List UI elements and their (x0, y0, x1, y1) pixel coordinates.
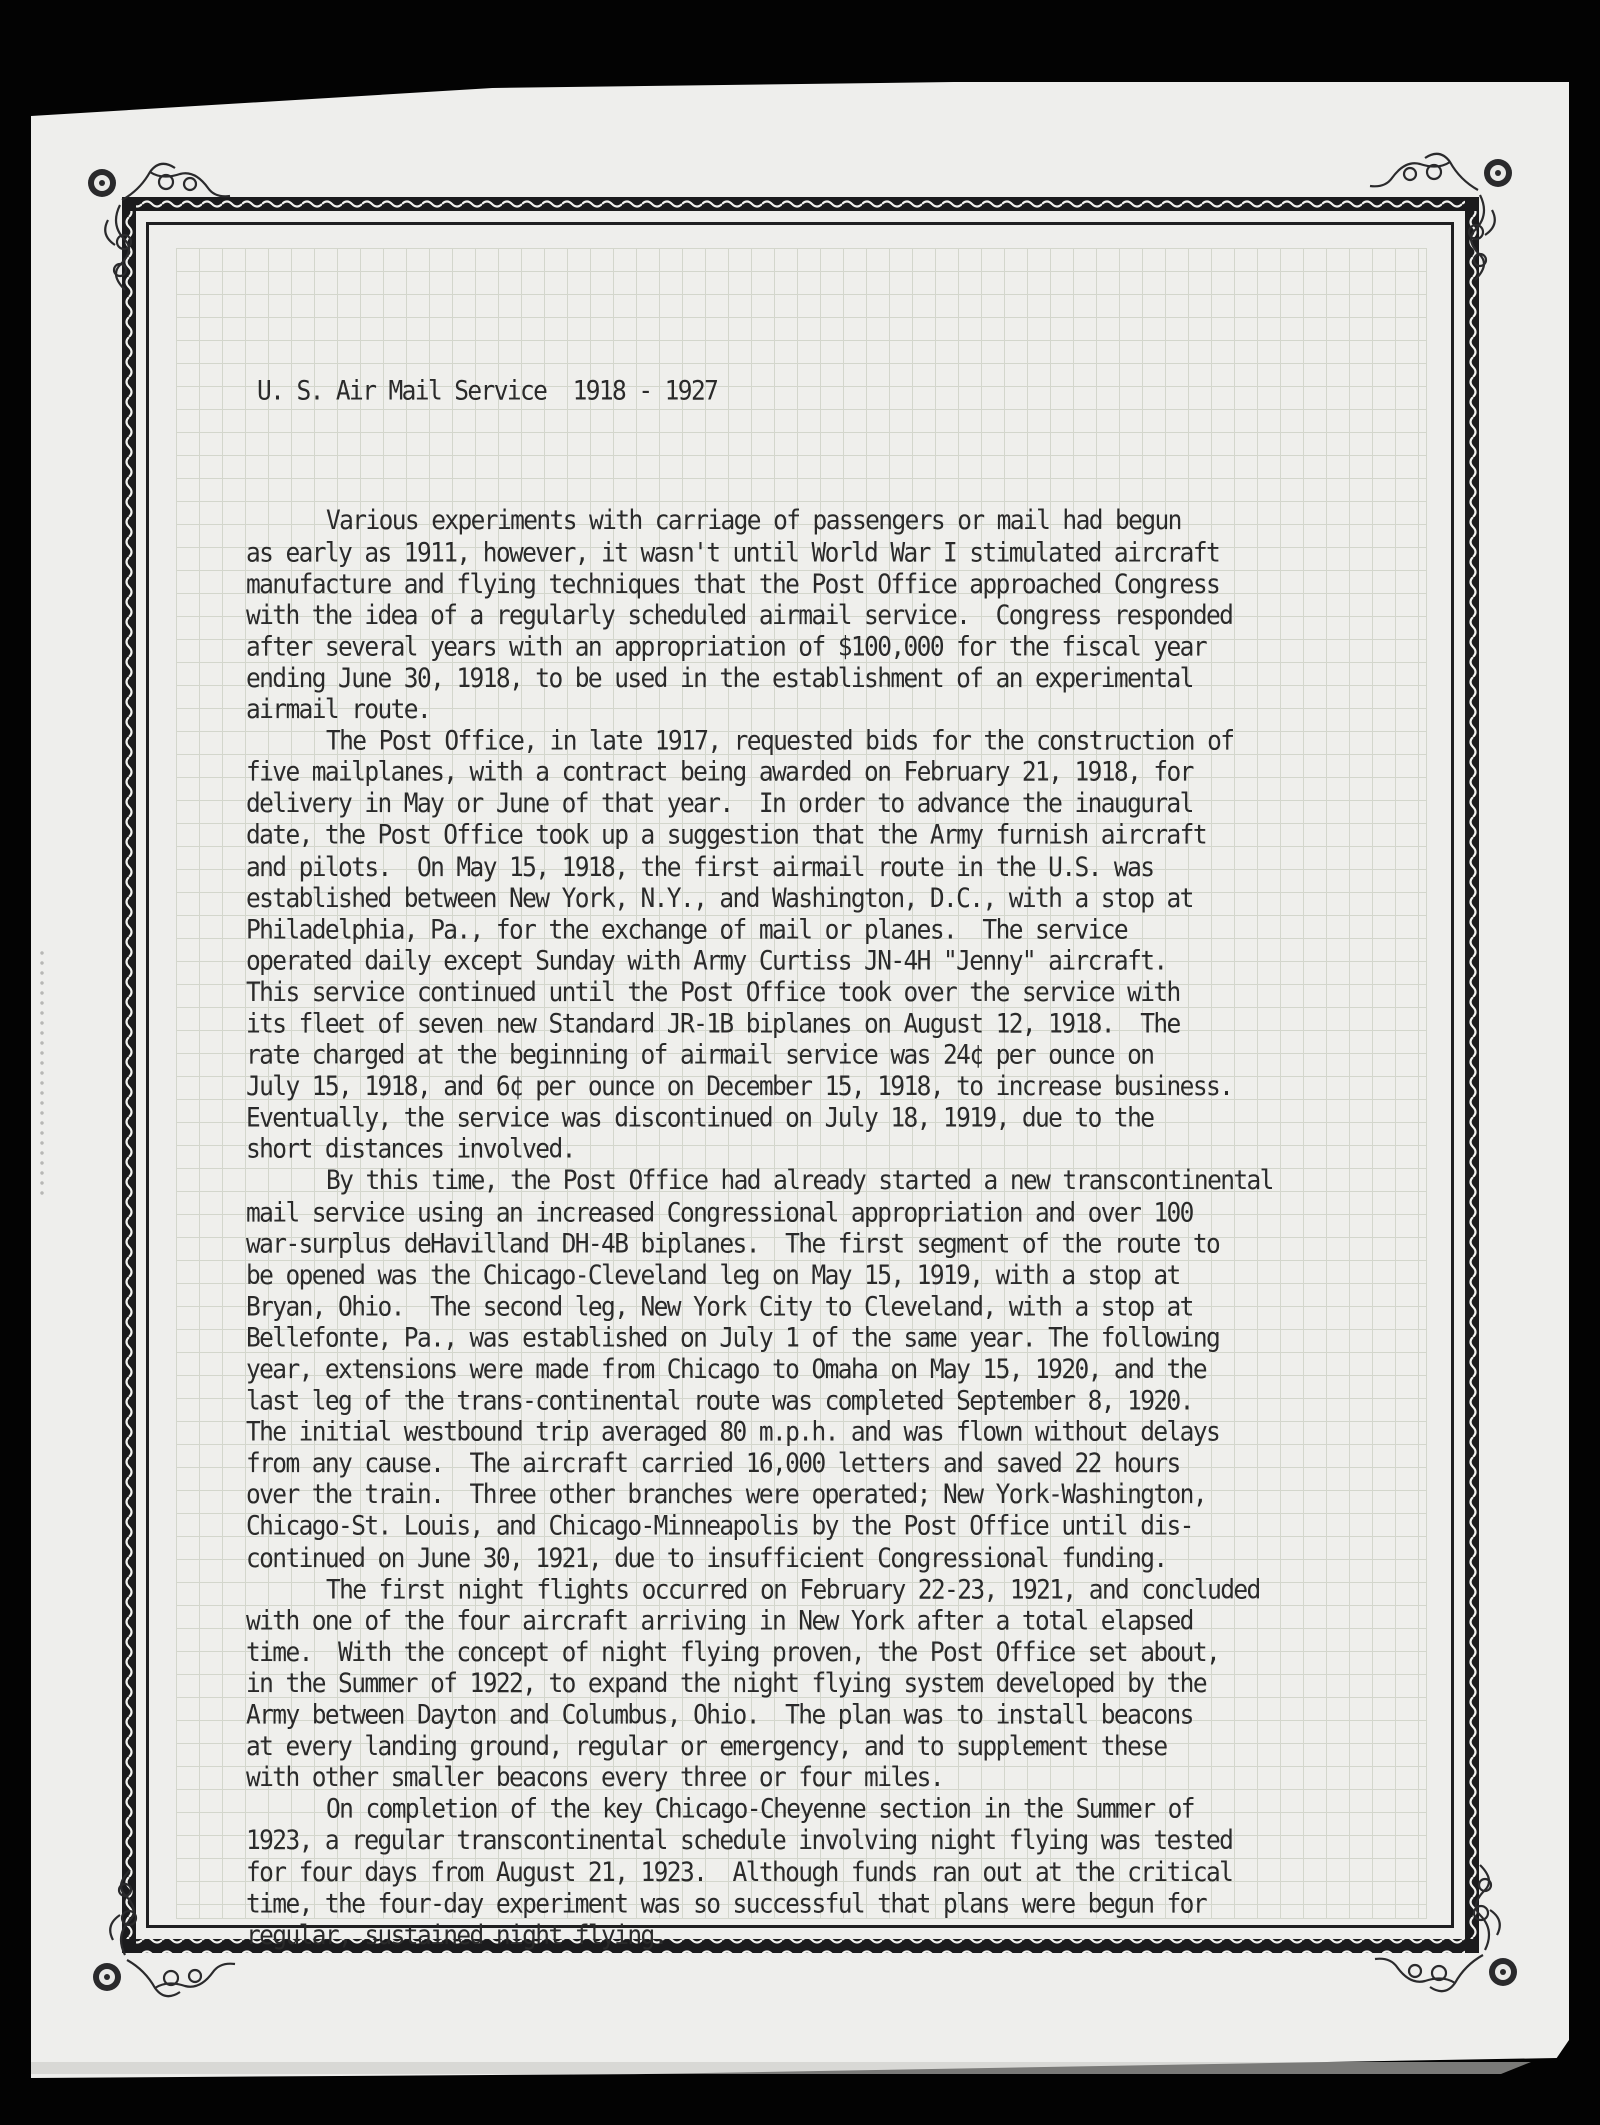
page-title: U. S. Air Mail Service 1918 - 1927 (257, 375, 1426, 406)
text-line: time. With the concept of night flying p… (246, 1636, 1426, 1667)
typed-article: U. S. Air Mail Service 1918 - 1927 Vario… (246, 312, 1426, 1982)
text-line: On completion of the key Chicago-Cheyenn… (246, 1793, 1426, 1824)
text-line: after several years with an appropriatio… (246, 630, 1426, 661)
text-line: short distances involved. (246, 1133, 1426, 1164)
text-line: last leg of the trans-continental route … (246, 1385, 1426, 1416)
text-line: mail service using an increased Congress… (246, 1196, 1426, 1227)
text-line: operated daily except Sunday with Army C… (246, 945, 1426, 976)
text-line: its fleet of seven new Standard JR-1B bi… (246, 1007, 1426, 1038)
text-line: Bryan, Ohio. The second leg, New York Ci… (246, 1290, 1426, 1321)
text-line: established between New York, N.Y., and … (246, 882, 1426, 913)
text-line: The initial westbound trip averaged 80 m… (246, 1416, 1426, 1447)
text-line: airmail route. (246, 693, 1426, 724)
text-line: and pilots. On May 15, 1918, the first a… (246, 850, 1426, 881)
text-line: from any cause. The aircraft carried 16,… (246, 1447, 1426, 1478)
text-line: 1923, a regular transcontinental schedul… (246, 1824, 1426, 1855)
text-line: Chicago-St. Louis, and Chicago-Minneapol… (246, 1510, 1426, 1541)
text-line: with one of the four aircraft arriving i… (246, 1604, 1426, 1635)
text-line: ending June 30, 1918, to be used in the … (246, 662, 1426, 693)
text-line: with the idea of a regularly scheduled a… (246, 599, 1426, 630)
text-line: be opened was the Chicago-Cleveland leg … (246, 1259, 1426, 1290)
text-line: manufacture and flying techniques that t… (246, 568, 1426, 599)
text-line: regular, sustained night flying. (246, 1919, 1426, 1950)
text-line: Bellefonte, Pa., was established on July… (246, 1322, 1426, 1353)
text-line: over the train. Three other branches wer… (246, 1479, 1426, 1510)
text-line: Philadelphia, Pa., for the exchange of m… (246, 913, 1426, 944)
text-line: five mailplanes, with a contract being a… (246, 756, 1426, 787)
text-line: July 15, 1918, and 6¢ per ounce on Decem… (246, 1070, 1426, 1101)
page-edge-shadow (31, 2062, 1531, 2074)
binding-perforation (38, 948, 48, 1198)
text-line: war-surplus deHavilland DH-4B biplanes. … (246, 1227, 1426, 1258)
text-line: This service continued until the Post Of… (246, 976, 1426, 1007)
article-body: Various experiments with carriage of pas… (246, 505, 1426, 1950)
corner-flourish-icon (85, 1850, 245, 2010)
text-line: as early as 1911, however, it wasn't unt… (246, 536, 1426, 567)
corner-flourish-icon (1360, 140, 1520, 300)
text-line: with other smaller beacons every three o… (246, 1762, 1426, 1793)
text-line: Various experiments with carriage of pas… (246, 505, 1426, 536)
text-line: Eventually, the service was discontinued… (246, 1102, 1426, 1133)
text-line: The first night flights occurred on Febr… (246, 1573, 1426, 1604)
text-line: By this time, the Post Office had alread… (246, 1165, 1426, 1196)
text-line: at every landing ground, regular or emer… (246, 1730, 1426, 1761)
text-line: Army between Dayton and Columbus, Ohio. … (246, 1699, 1426, 1730)
text-line: in the Summer of 1922, to expand the nig… (246, 1667, 1426, 1698)
text-line: continued on June 30, 1921, due to insuf… (246, 1542, 1426, 1573)
text-line: for four days from August 21, 1923. Alth… (246, 1856, 1426, 1887)
text-line: delivery in May or June of that year. In… (246, 788, 1426, 819)
text-line: date, the Post Office took up a suggesti… (246, 819, 1426, 850)
text-line: time, the four-day experiment was so suc… (246, 1887, 1426, 1918)
text-line: The Post Office, in late 1917, requested… (246, 725, 1426, 756)
text-line: rate charged at the beginning of airmail… (246, 1039, 1426, 1070)
corner-flourish-icon (80, 150, 240, 310)
text-line: year, extensions were made from Chicago … (246, 1353, 1426, 1384)
